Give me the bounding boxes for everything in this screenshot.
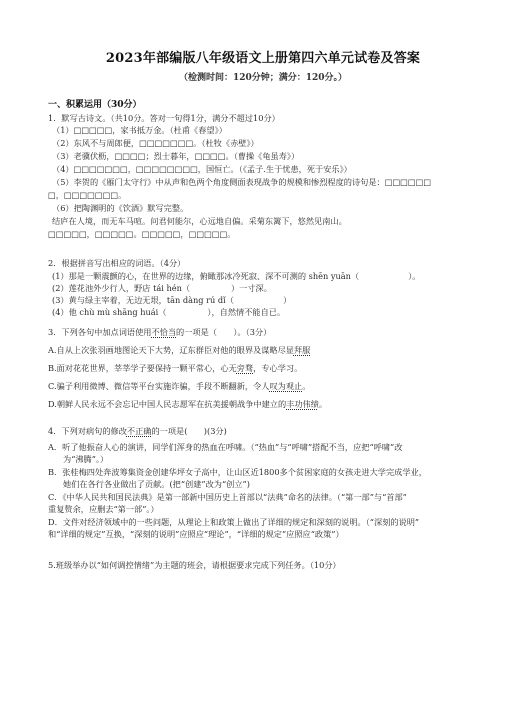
q3-stem-dotted: 不恰当 <box>151 327 176 337</box>
q4-option-b-cont: 她们在各行各业做出了贡献。(把“创建”改为“创立”) <box>63 479 250 490</box>
q2-item: (2）莲花池外少行人，野店 tái hén（ ）一寸深。 <box>52 283 272 294</box>
q1-item: （5）李贺的《雁门太守行》中从声和色两个角度侧面表现战争的规模和惨烈程度的诗句是… <box>52 177 431 188</box>
q3-option-d: D.朝鲜人民永远不会忘记中国人民志愿军在抗美援朝战争中建立的丰功伟绩。 <box>48 399 327 410</box>
q3-option-text: ，专心学习。 <box>253 363 302 373</box>
q1-item: （1）□□□□□，家书抵万金。（杜甫《春望》） <box>52 125 227 136</box>
q3-option-text: 。 <box>319 399 327 409</box>
q1-item: （4）□□□□□□□，□□□□□□□□，国恒亡。（《孟子.生于忧患，死于安乐》） <box>52 164 352 175</box>
q4-stem-pre: 4．下列对病句的修改 <box>48 426 127 436</box>
question-5-stem: 5.班级举办以“如何调控情绪”为主题的班会，请根据要求完成下列任务。（10分） <box>48 560 341 571</box>
q3-stem-post: 的一项是（ ）。（3分） <box>176 327 271 337</box>
q2-item: (3）黄与绿主宰着，无边无垠，tān dàng rú dǐ（ ） <box>52 295 291 306</box>
question-1-stem: 1．默写古诗文。（共10分。答对一句得1分，满分不超过10分） <box>48 113 280 124</box>
q3-option-c: C.骗子利用微博、微信等平台实施诈骗，手段不断翻新，令人叹为观止。 <box>48 381 310 392</box>
question-2-stem: 2．根据拼音写出相应的词语。（4分） <box>48 258 185 269</box>
q1-item: （6）把陶渊明的《饮酒》默写完整。 <box>52 203 188 214</box>
q3-option-text: 。 <box>302 381 310 391</box>
q3-option-text: A.自从上次张羽画地图论天下大势，辽东群臣对他的眼界及谋略尽显 <box>48 345 294 355</box>
q2-item: (1）那是一颗震颤的心，在世界的边缘，俯瞰那冰冷死寂、深不可测的 shēn yu… <box>52 271 420 282</box>
q2-item: (4）他 chù mù shāng huái（ ），自然情不能自已。 <box>52 307 285 318</box>
exam-page: 2023年部编版八年级语文上册第四六单元试卷及答案 （检测时间：120分钟；满分… <box>0 0 526 702</box>
document-subtitle: （检测时间：120分钟；满分：120分。） <box>0 70 526 83</box>
q3-option-text: B.面对花花世界，莘莘学子要保持一颗平常心，心无 <box>48 363 237 373</box>
q1-poem-blank: □□□□□，□□□□□。□□□□□，□□□□□。 <box>48 229 235 240</box>
q4-option-a-cont: 为“沸腾”。） <box>63 454 108 465</box>
q4-stem-post: 的一项是( )(3分) <box>151 426 226 436</box>
q3-dotted-word: 丰功伟绩 <box>286 399 319 409</box>
question-4-stem: 4．下列对病句的修改不正确的一项是( )(3分) <box>48 426 227 437</box>
q1-item: （3）老骥伏枥，□□□□；烈士暮年，□□□□。（曹操《龟虽寿》） <box>52 151 299 162</box>
q3-option-a: A.自从上次张羽画地图论天下大势，辽东群臣对他的眼界及谋略尽显拜服 <box>48 345 310 356</box>
q4-option-c: C．《中华人民共和国民法典》是第一部新中国历史上首部以“法典”命名的法律。（“第… <box>48 492 407 503</box>
q4-option-c-cont: 重复赘余，应删去“第一部”。） <box>48 504 159 515</box>
q3-option-text: C.骗子利用微博、微信等平台实施诈骗，手段不断翻新，令人 <box>48 381 269 391</box>
q4-stem-dotted: 不正确 <box>127 426 152 436</box>
q4-option-a: A．听了他振奋人心的演讲，同学们浑身的热血在呼啸。（“热血”与“呼啸”搭配不当，… <box>48 442 402 453</box>
document-title: 2023年部编版八年级语文上册第四六单元试卷及答案 <box>0 47 526 66</box>
q1-item: □，□□□□□□□。 <box>48 190 126 201</box>
section-heading: 一、积累运用（30分） <box>48 100 142 111</box>
q4-option-d: D．文件对经济领域中的一些问题，从理论上和政策上做出了详细的规定和深刻的说明。（… <box>48 517 419 528</box>
q3-dotted-word: 叹为观止 <box>269 381 302 391</box>
question-3-stem: 3．下列各句中加点词语使用不恰当的一项是（ ）。（3分） <box>48 327 271 338</box>
q3-option-text: D.朝鲜人民永远不会忘记中国人民志愿军在抗美援朝战争中建立的 <box>48 399 286 409</box>
q1-poem-line: 结庐在人境，而无车马喧。问君何能尔，心远地自偏。采菊东篱下，悠然见南山。 <box>52 216 347 227</box>
q3-dotted-word: 旁骛 <box>237 363 253 373</box>
q3-dotted-word: 拜服 <box>294 345 310 355</box>
q3-option-b: B.面对花花世界，莘莘学子要保持一颗平常心，心无旁骛，专心学习。 <box>48 363 302 374</box>
q1-item: （2）东风不与周郎便，□□□□□□□。（杜牧《赤壁》） <box>52 138 259 149</box>
q4-option-d-cont: 和“详细的规定”互换，“深刻的说明”应照应“理论”，“详细的规定”应照应“政策”… <box>48 529 344 540</box>
q4-option-b: B．张桂梅四处奔波筹集资金创建华坪女子高中，让山区近1800多个贫困家庭的女孩走… <box>48 467 427 478</box>
q3-stem-pre: 3．下列各句中加点词语使用 <box>48 327 151 337</box>
